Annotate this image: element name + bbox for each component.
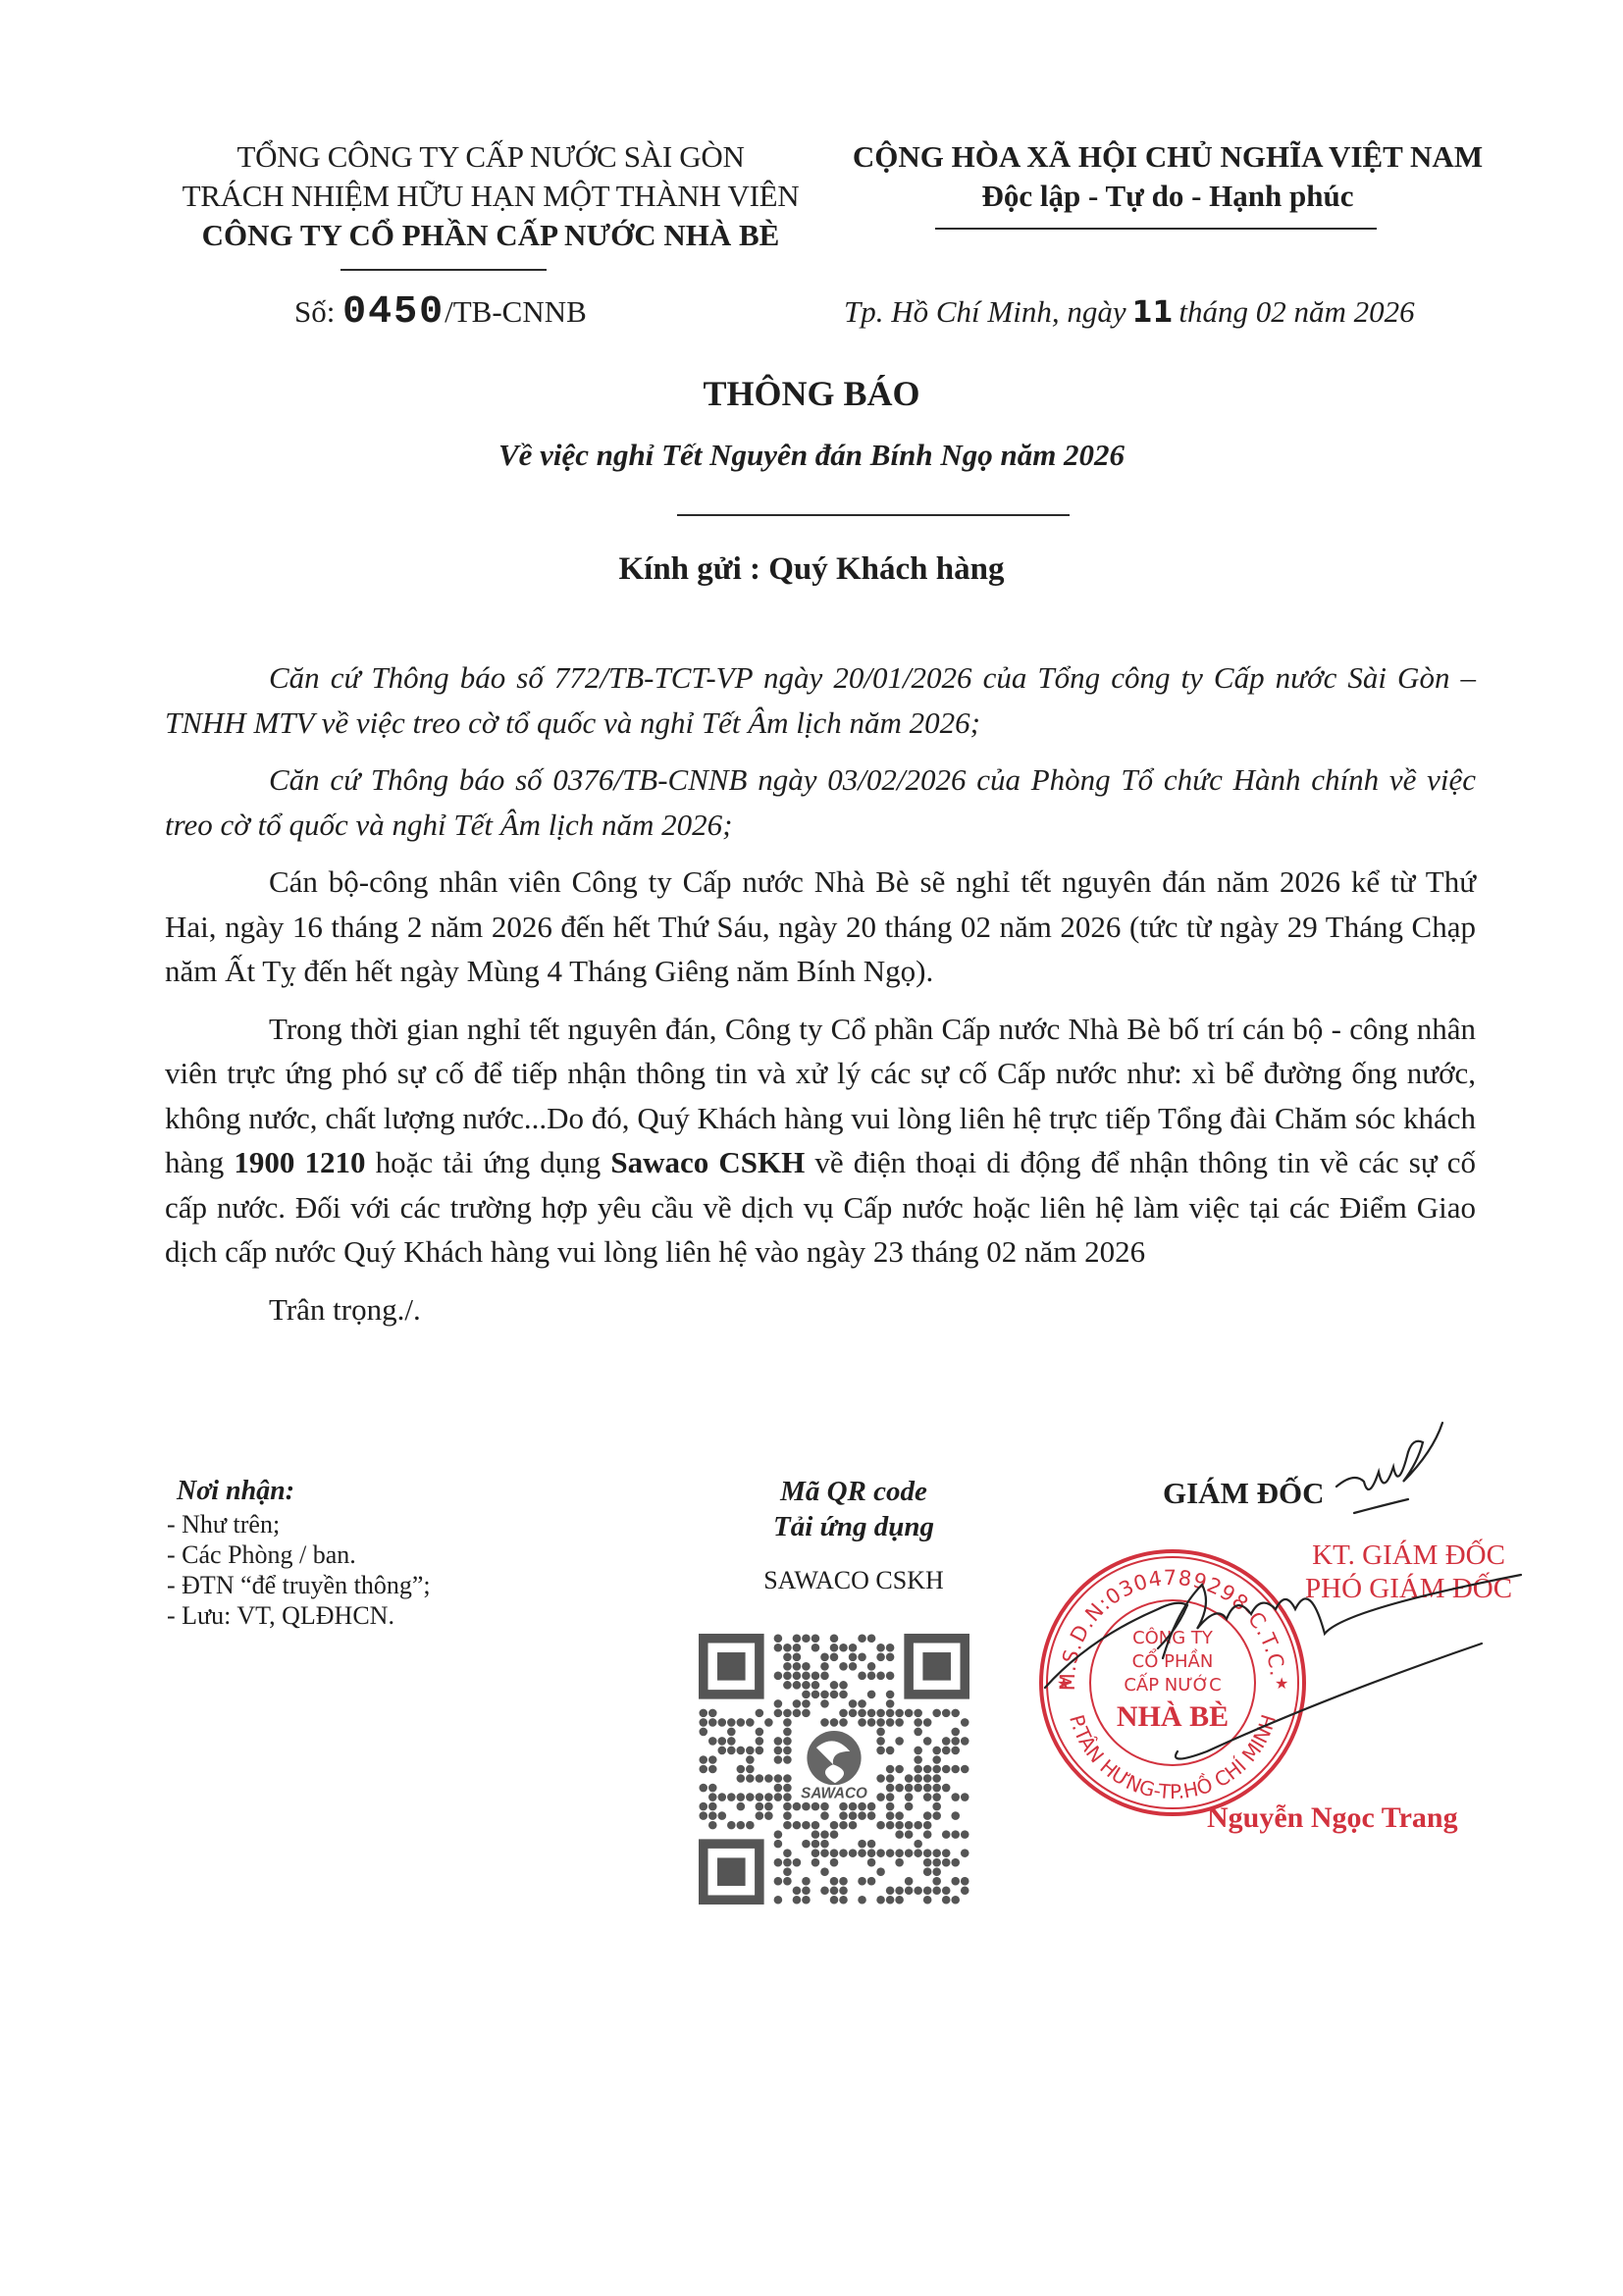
- legal-basis-2: Căn cứ Thông báo số 0376/TB-CNNB ngày 03…: [165, 757, 1476, 847]
- doc-number-suffix: /TB-CNNB: [445, 294, 587, 329]
- svg-text:NHÀ BÈ: NHÀ BÈ: [1117, 1700, 1229, 1733]
- distribution-list: Nơi nhận: - Như trên; - Các Phòng / ban.…: [167, 1474, 431, 1631]
- distribution-item: - Các Phòng / ban.: [167, 1539, 431, 1570]
- date-suffix: tháng 02 năm 2026: [1178, 294, 1414, 329]
- parent-company-type: TRÁCH NHIỆM HỮU HẠN MỘT THÀNH VIÊN: [157, 177, 824, 216]
- closing: Trân trọng./.: [165, 1287, 1476, 1332]
- issuer-header: TỔNG CÔNG TY CẤP NƯỚC SÀI GÒN TRÁCH NHIỆ…: [157, 137, 824, 255]
- date-day-handwritten: 11: [1132, 295, 1174, 330]
- svg-text:CẤP NƯỚC: CẤP NƯỚC: [1124, 1672, 1221, 1696]
- signer-block: GIÁM ĐỐC: [1163, 1476, 1506, 1511]
- deputy-title: KT. GIÁM ĐỐC PHÓ GIÁM ĐỐC: [1305, 1539, 1512, 1605]
- holiday-schedule: Cán bộ-công nhân viên Công ty Cấp nước N…: [165, 860, 1476, 994]
- qr-caption-line2: Tải ứng dụng: [707, 1509, 1001, 1544]
- doc-number-value: 0450: [342, 290, 445, 335]
- distribution-item: - Lưu: VT, QLĐHCN.: [167, 1600, 431, 1631]
- page-title: THÔNG BÁO: [0, 373, 1623, 414]
- page-subtitle: Về việc nghỉ Tết Nguyên đán Bính Ngọ năm…: [0, 438, 1623, 473]
- national-motto: Độc lập - Tự do - Hạnh phúc: [824, 177, 1511, 216]
- on-duty-info: Trong thời gian nghỉ tết nguyên đán, Côn…: [165, 1007, 1476, 1275]
- document-body: Căn cứ Thông báo số 772/TB-TCT-VP ngày 2…: [165, 655, 1476, 1344]
- svg-text:★: ★: [1275, 1676, 1288, 1693]
- svg-text:CỔ PHẦN: CỔ PHẦN: [1132, 1648, 1214, 1672]
- date-prefix: Tp. Hồ Chí Minh, ngày: [844, 294, 1126, 329]
- svg-text:CÔNG TY: CÔNG TY: [1132, 1627, 1214, 1648]
- signer-name: Nguyễn Ngọc Trang: [1207, 1801, 1458, 1835]
- document-date: Tp. Hồ Chí Minh, ngày11tháng 02 năm 2026: [844, 294, 1415, 330]
- document-number: Số: 0450/TB-CNNB: [294, 290, 587, 335]
- addressee: Kính gửi : Quý Khách hàng: [0, 551, 1623, 588]
- svg-text:SAWACO: SAWACO: [801, 1786, 867, 1802]
- parent-company-name: TỔNG CÔNG TY CẤP NƯỚC SÀI GÒN: [157, 137, 824, 177]
- distribution-heading: Nơi nhận:: [177, 1474, 431, 1509]
- country-name: CỘNG HÒA XÃ HỘI CHỦ NGHĨA VIỆT NAM: [824, 137, 1511, 177]
- app-name: Sawaco CSKH: [610, 1145, 805, 1179]
- qr-app-label: SAWACO CSKH: [707, 1566, 1001, 1595]
- company-name: CÔNG TY CỔ PHẦN CẤP NƯỚC NHÀ BÈ: [157, 216, 824, 255]
- divider: [935, 228, 1377, 230]
- hotline-number: 1900 1210: [234, 1145, 365, 1179]
- signer-title: GIÁM ĐỐC: [1163, 1476, 1506, 1511]
- distribution-item: - ĐTN “để truyền thông”;: [167, 1570, 431, 1600]
- divider: [340, 269, 547, 271]
- qr-caption: Mã QR code Tải ứng dụng SAWACO CSKH: [707, 1474, 1001, 1595]
- legal-basis-1: Căn cứ Thông báo số 772/TB-TCT-VP ngày 2…: [165, 655, 1476, 745]
- distribution-item: - Như trên;: [167, 1509, 431, 1539]
- doc-number-prefix: Số:: [294, 294, 335, 329]
- divider: [677, 514, 1070, 516]
- national-header: CỘNG HÒA XÃ HỘI CHỦ NGHĨA VIỆT NAM Độc l…: [824, 137, 1511, 216]
- svg-text:★: ★: [1057, 1676, 1071, 1693]
- qr-code[interactable]: SAWACO: [699, 1634, 969, 1905]
- company-seal-icon: M.S.D.N:0304789298-C.T.C.P P.TÂN HƯNG-TP…: [1035, 1545, 1310, 1820]
- qr-caption-line1: Mã QR code: [707, 1474, 1001, 1509]
